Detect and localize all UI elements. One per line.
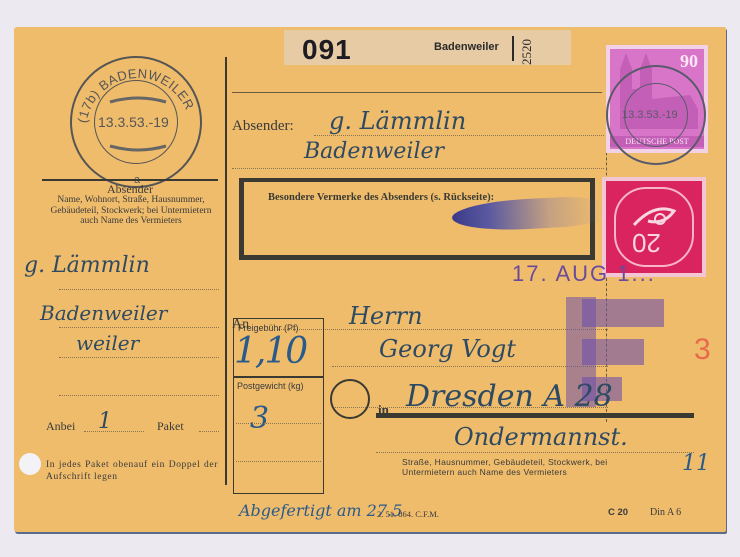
din-format: Din A 6 — [650, 507, 681, 518]
postmark-on-stamp: 13.3.53.-19 — [606, 65, 706, 165]
fee-box: Freigebühr (Pf) 1,10 Postgewicht (kg) 3 — [233, 318, 324, 494]
postmark-badenweiler: (17b) BADENWEILER 13.3.53.-19 a — [70, 56, 202, 188]
parcel-number: 091 — [302, 34, 352, 66]
recipient-salutation: Herrn — [349, 302, 423, 330]
house-number: 11 — [682, 451, 710, 476]
fee-value: 1,10 — [234, 331, 306, 372]
column-divider — [225, 57, 227, 485]
postmark-date: 13.3.53.-19 — [98, 114, 169, 130]
red-number-mark: 3 — [694, 333, 711, 367]
postal-code: 2520 — [519, 32, 535, 72]
header-sender-town: Badenweiler — [304, 139, 444, 164]
paket-note: In jedes Paket obenauf ein Doppel der Au… — [46, 459, 218, 483]
label-strip: 091 Badenweiler 2520 — [284, 30, 571, 65]
punch-hole — [19, 453, 41, 475]
form-code: C 20 — [608, 507, 628, 518]
special-notes-label: Besondere Vermerke des Absenders (s. Rüc… — [268, 192, 494, 203]
print-code: 2. 51. 864. C.F.M. — [377, 509, 439, 519]
arrival-date-stamp: 17. AUG 1... — [512, 261, 656, 287]
sender-instructions: Name, Wohnort, Straße, Hausnummer, Gebäu… — [44, 195, 218, 227]
header-sender-name: g. Lämmlin — [329, 107, 466, 135]
sender-rule — [42, 179, 218, 181]
parcel-card: (17b) BADENWEILER 13.3.53.-19 a Absender… — [14, 27, 726, 532]
circle-mark — [330, 379, 370, 419]
sender-hand-line-3: weiler — [76, 331, 139, 355]
recipient-city: Dresden A 28 — [406, 379, 613, 414]
attached-label: Anbei — [46, 419, 75, 434]
office-name: Badenweiler — [434, 41, 499, 53]
recipient-name: Georg Vogt — [379, 335, 516, 363]
attached-unit: Paket — [157, 419, 184, 434]
header-sender-label: Absender: — [232, 118, 294, 135]
weight-value: 3 — [250, 401, 269, 436]
sender-hand-line-1: g. Lämmlin — [24, 253, 150, 278]
weight-label: Postgewicht (kg) — [237, 381, 304, 391]
recipient-instructions: Straße, Hausnummer, Gebäudeteil, Stockwe… — [402, 457, 652, 477]
sender-hand-line-2: Badenweiler — [40, 301, 167, 325]
recipient-street: Ondermannst. — [454, 423, 628, 451]
